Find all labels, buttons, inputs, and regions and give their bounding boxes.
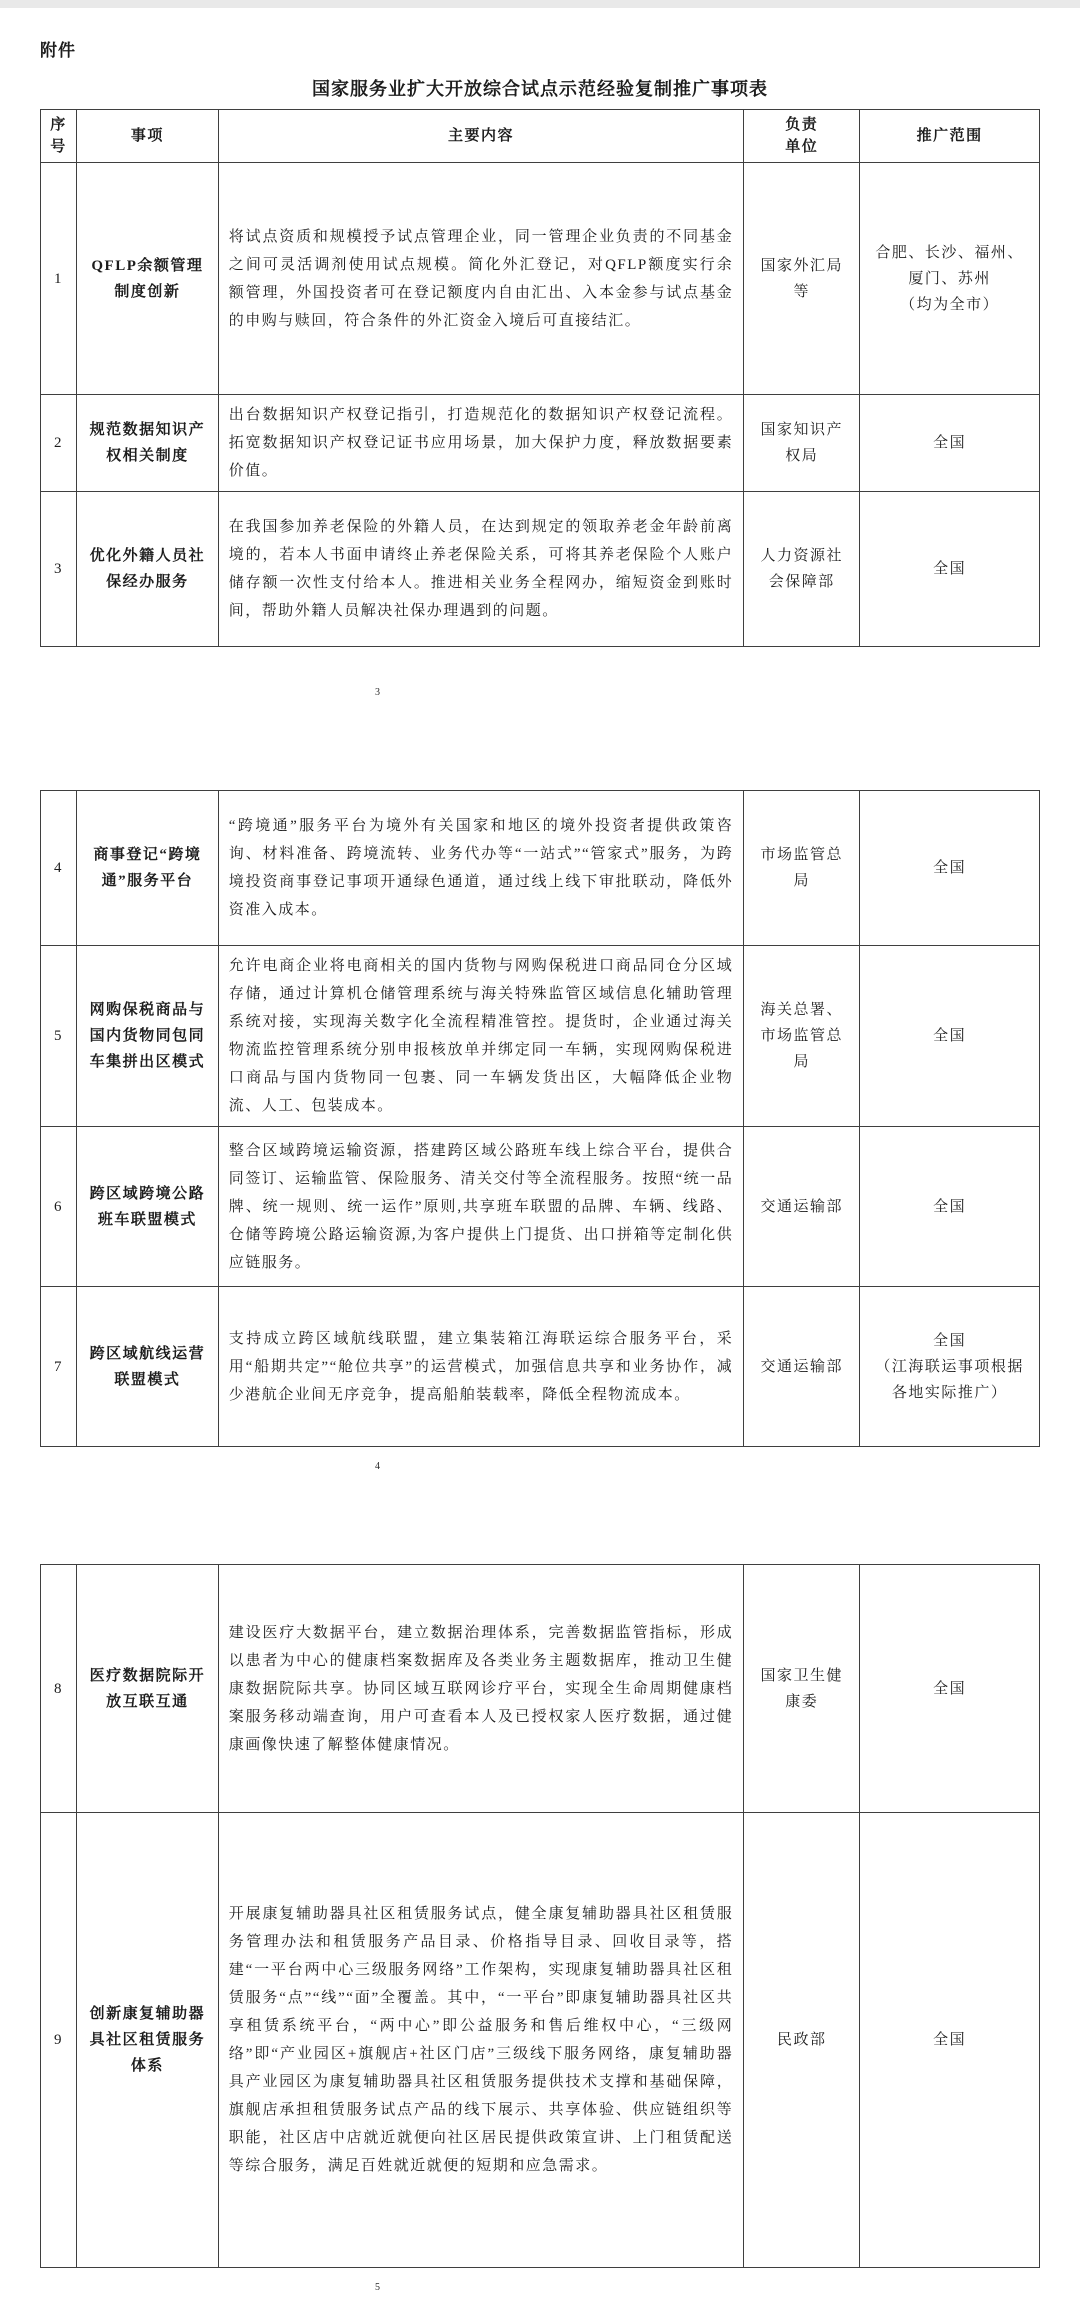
page-number: 5 <box>375 2282 1040 2293</box>
items-table-page-5: 8 医疗数据院际开放互联互通 建设医疗大数据平台，建立数据治理体系，完善数据监管… <box>40 1564 1040 2268</box>
responsible-unit: 国家知识产权局 <box>744 395 860 492</box>
responsible-unit: 交通运输部 <box>744 1287 860 1447</box>
item-content: 出台数据知识产权登记指引，打造规范化的数据知识产权登记流程。拓宽数据知识产权登记… <box>218 395 743 492</box>
page-number: 3 <box>375 687 1040 698</box>
promotion-scope: 全国 <box>860 395 1040 492</box>
promotion-scope: 全国 <box>860 1813 1040 2268</box>
page-top-edge <box>0 0 1080 8</box>
item-content: 在我国参加养老保险的外籍人员，在达到规定的领取养老金年龄前离境的，若本人书面申请… <box>218 492 743 647</box>
col-header-unit: 负责 单位 <box>744 110 860 163</box>
col-header-index: 序 号 <box>41 110 77 163</box>
attachment-label: 附件 <box>40 36 1040 61</box>
page-number: 4 <box>375 1461 1040 1472</box>
promotion-scope: 合肥、长沙、福州、 厦门、苏州 （均为全市） <box>860 163 1040 395</box>
item-content: 将试点资质和规模授予试点管理企业，同一管理企业负责的不同基金之间可灵活调剂使用试… <box>218 163 743 395</box>
col-header-scope: 推广范围 <box>860 110 1040 163</box>
item-name: 跨区域跨境公路班车联盟模式 <box>76 1127 218 1287</box>
item-content: 允许电商企业将电商相关的国内货物与网购保税进口商品同仓分区域存储，通过计算机仓储… <box>218 946 743 1127</box>
promotion-scope: 全国 <box>860 946 1040 1127</box>
row-number: 9 <box>41 1813 77 2268</box>
item-name: 规范数据知识产权相关制度 <box>76 395 218 492</box>
promotion-scope: 全国 <box>860 492 1040 647</box>
row-number: 1 <box>41 163 77 395</box>
row-number: 7 <box>41 1287 77 1447</box>
responsible-unit: 国家卫生健康委 <box>744 1565 860 1813</box>
row-number: 5 <box>41 946 77 1127</box>
responsible-unit: 交通运输部 <box>744 1127 860 1287</box>
item-content: 支持成立跨区域航线联盟，建立集装箱江海联运综合服务平台，采用“船期共定”“舱位共… <box>218 1287 743 1447</box>
item-content: 整合区域跨境运输资源，搭建跨区域公路班车线上综合平台，提供合同签订、运输监管、保… <box>218 1127 743 1287</box>
item-name: QFLP余额管理制度创新 <box>76 163 218 395</box>
item-name: 医疗数据院际开放互联互通 <box>76 1565 218 1813</box>
promotion-scope: 全国 <box>860 1565 1040 1813</box>
item-content: “跨境通”服务平台为境外有关国家和地区的境外投资者提供政策咨询、材料准备、跨境流… <box>218 791 743 946</box>
item-name: 商事登记“跨境通”服务平台 <box>76 791 218 946</box>
responsible-unit: 人力资源社会保障部 <box>744 492 860 647</box>
col-header-item: 事项 <box>76 110 218 163</box>
table-row: 5 网购保税商品与国内货物同包同车集拼出区模式 允许电商企业将电商相关的国内货物… <box>41 946 1040 1127</box>
item-name: 创新康复辅助器具社区租赁服务体系 <box>76 1813 218 2268</box>
responsible-unit: 市场监管总局 <box>744 791 860 946</box>
item-content: 开展康复辅助器具社区租赁服务试点，健全康复辅助器具社区租赁服务管理办法和租赁服务… <box>218 1813 743 2268</box>
row-number: 4 <box>41 791 77 946</box>
page-title: 国家服务业扩大开放综合试点示范经验复制推广事项表 <box>40 75 1040 101</box>
col-header-content: 主要内容 <box>218 110 743 163</box>
item-name: 优化外籍人员社保经办服务 <box>76 492 218 647</box>
promotion-scope: 全国 <box>860 791 1040 946</box>
table-row: 6 跨区域跨境公路班车联盟模式 整合区域跨境运输资源，搭建跨区域公路班车线上综合… <box>41 1127 1040 1287</box>
responsible-unit: 海关总署、市场监管总局 <box>744 946 860 1127</box>
row-number: 3 <box>41 492 77 647</box>
table-row: 9 创新康复辅助器具社区租赁服务体系 开展康复辅助器具社区租赁服务试点，健全康复… <box>41 1813 1040 2268</box>
table-header-row: 序 号 事项 主要内容 负责 单位 推广范围 <box>41 110 1040 163</box>
item-name: 跨区域航线运营联盟模式 <box>76 1287 218 1447</box>
table-row: 3 优化外籍人员社保经办服务 在我国参加养老保险的外籍人员，在达到规定的领取养老… <box>41 492 1040 647</box>
promotion-scope: 全国 （江海联运事项根据各地实际推广） <box>860 1287 1040 1447</box>
items-table-page-3: 序 号 事项 主要内容 负责 单位 推广范围 1 QFLP余额管理制度创新 将试… <box>40 109 1040 647</box>
responsible-unit: 国家外汇局等 <box>744 163 860 395</box>
table-row: 2 规范数据知识产权相关制度 出台数据知识产权登记指引，打造规范化的数据知识产权… <box>41 395 1040 492</box>
row-number: 2 <box>41 395 77 492</box>
table-row: 4 商事登记“跨境通”服务平台 “跨境通”服务平台为境外有关国家和地区的境外投资… <box>41 791 1040 946</box>
row-number: 6 <box>41 1127 77 1287</box>
document-page: 附件 国家服务业扩大开放综合试点示范经验复制推广事项表 序 号 事项 主要内容 … <box>0 36 1080 2319</box>
table-row: 7 跨区域航线运营联盟模式 支持成立跨区域航线联盟，建立集装箱江海联运综合服务平… <box>41 1287 1040 1447</box>
table-row: 1 QFLP余额管理制度创新 将试点资质和规模授予试点管理企业，同一管理企业负责… <box>41 163 1040 395</box>
promotion-scope: 全国 <box>860 1127 1040 1287</box>
items-table-page-4: 4 商事登记“跨境通”服务平台 “跨境通”服务平台为境外有关国家和地区的境外投资… <box>40 790 1040 1447</box>
responsible-unit: 民政部 <box>744 1813 860 2268</box>
row-number: 8 <box>41 1565 77 1813</box>
item-name: 网购保税商品与国内货物同包同车集拼出区模式 <box>76 946 218 1127</box>
table-row: 8 医疗数据院际开放互联互通 建设医疗大数据平台，建立数据治理体系，完善数据监管… <box>41 1565 1040 1813</box>
item-content: 建设医疗大数据平台，建立数据治理体系，完善数据监管指标，形成以患者为中心的健康档… <box>218 1565 743 1813</box>
